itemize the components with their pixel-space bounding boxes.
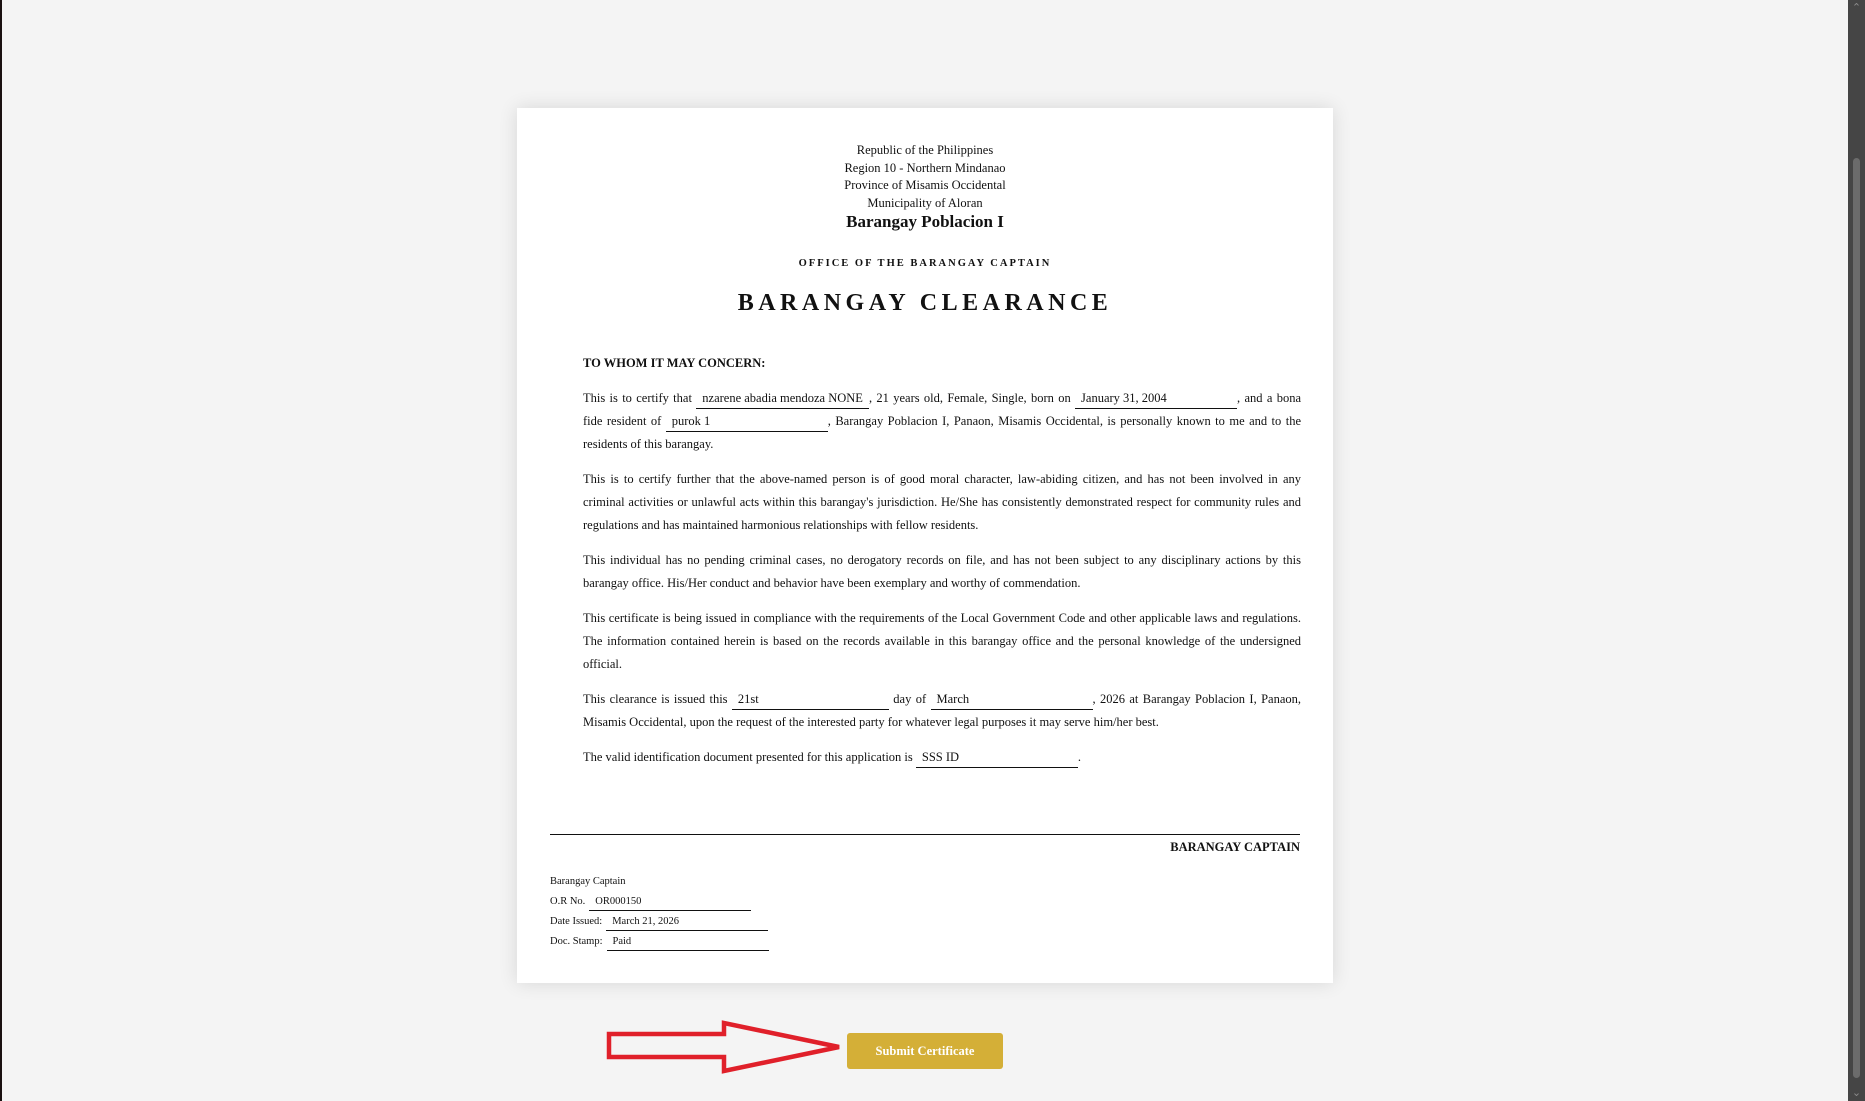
captain-label: Barangay Captain <box>550 872 626 892</box>
id-document-field[interactable]: SSS ID <box>916 748 1078 768</box>
signature-line <box>550 834 1300 835</box>
submit-certificate-button[interactable]: Submit Certificate <box>847 1033 1003 1069</box>
resident-name-field[interactable]: nzarene abadia mendoza NONE <box>696 389 869 409</box>
purok-field[interactable]: purok 1 <box>666 412 828 432</box>
doc-stamp-label: Doc. Stamp: <box>550 932 603 952</box>
text: The valid identification document presen… <box>583 750 913 764</box>
text: day of <box>893 692 926 706</box>
signatory-title: BARANGAY CAPTAIN <box>1170 840 1300 855</box>
paragraph-id-document: The valid identification document presen… <box>583 746 1301 769</box>
certificate-paper: Republic of the Philippines Region 10 - … <box>517 108 1333 983</box>
issue-day-field[interactable]: 21st <box>732 690 889 710</box>
barangay-name: Barangay Poblacion I <box>517 212 1333 232</box>
header-province: Province of Misamis Occidental <box>517 177 1333 195</box>
text: This is to certify that <box>583 391 692 405</box>
header-republic: Republic of the Philippines <box>517 142 1333 160</box>
footer-stamp-row: Doc. Stamp: Paid <box>550 932 769 952</box>
paragraph-identity: This is to certify that nzarene abadia m… <box>583 387 1301 456</box>
footer-captain: Barangay Captain <box>550 872 769 892</box>
or-number-field[interactable]: OR000150 <box>589 894 751 911</box>
paragraph-records: This individual has no pending criminal … <box>583 549 1301 595</box>
scroll-down-icon[interactable]: ⌄ <box>1848 1085 1865 1101</box>
text: . <box>1078 750 1081 764</box>
office-heading: OFFICE OF THE BARANGAY CAPTAIN <box>517 258 1333 269</box>
date-issued-label: Date Issued: <box>550 912 602 932</box>
paragraph-compliance: This certificate is being issued in comp… <box>583 607 1301 676</box>
paragraph-character: This is to certify further that the abov… <box>583 468 1301 537</box>
scrollbar-thumb[interactable] <box>1853 158 1860 1078</box>
or-label: O.R No. <box>550 892 585 912</box>
scroll-up-icon[interactable]: ⌃ <box>1848 0 1865 16</box>
certificate-header: Republic of the Philippines Region 10 - … <box>517 142 1333 212</box>
text: , 21 years old, Female, Single, born on <box>869 391 1071 405</box>
header-region: Region 10 - Northern Mindanao <box>517 160 1333 178</box>
certificate-body: TO WHOM IT MAY CONCERN: This is to certi… <box>583 352 1301 781</box>
birthdate-field[interactable]: January 31, 2004 <box>1075 389 1237 409</box>
header-municipality: Municipality of Aloran <box>517 195 1333 213</box>
footer-date-row: Date Issued: March 21, 2026 <box>550 912 769 932</box>
paragraph-issuance: This clearance is issued this 21st day o… <box>583 688 1301 734</box>
date-issued-field[interactable]: March 21, 2026 <box>606 914 768 931</box>
issue-month-field[interactable]: March <box>931 690 1093 710</box>
certificate-footer: Barangay Captain O.R No. OR000150 Date I… <box>550 872 769 952</box>
window-left-edge <box>0 0 2 1101</box>
doc-stamp-field[interactable]: Paid <box>607 934 769 951</box>
arrow-right-outline-icon <box>600 1015 850 1080</box>
footer-or-row: O.R No. OR000150 <box>550 892 769 912</box>
salutation: TO WHOM IT MAY CONCERN: <box>583 352 1301 375</box>
certificate-title: BARANGAY CLEARANCE <box>517 290 1333 317</box>
vertical-scrollbar[interactable]: ⌃ ⌄ <box>1848 0 1865 1101</box>
text: This clearance is issued this <box>583 692 728 706</box>
